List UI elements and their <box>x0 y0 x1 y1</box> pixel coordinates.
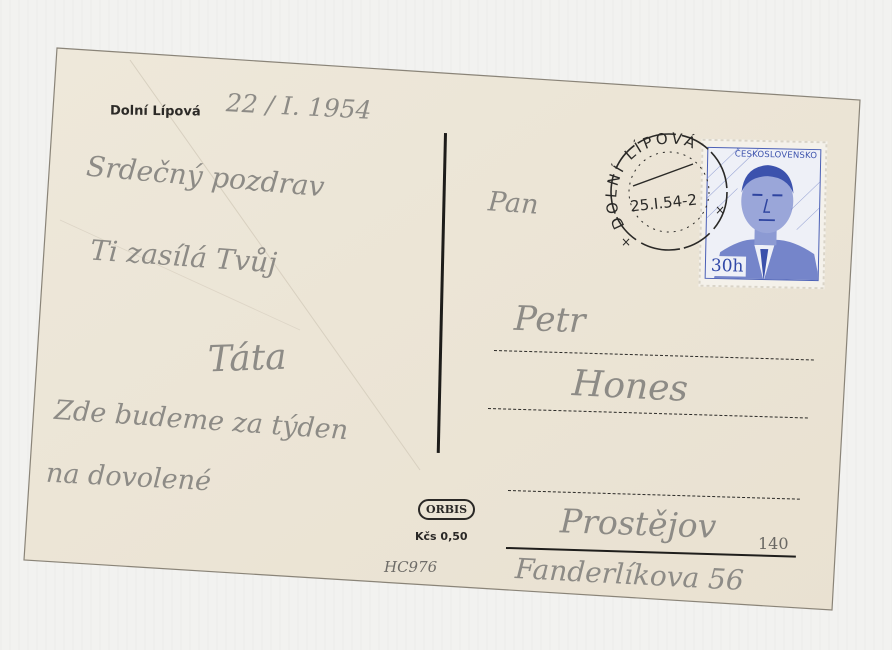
svg-text:×: × <box>621 235 631 249</box>
svg-text:×: × <box>715 203 725 217</box>
recipient-surname: Hones <box>571 363 689 410</box>
recipient-first-name: Petr <box>513 299 586 341</box>
place-heading: Dolní Lípová <box>110 104 201 120</box>
postmark-town: DOLNÍ LÍPOVÁ <box>602 130 701 232</box>
stamp-value: 30h <box>709 256 746 277</box>
postal-number: 140 <box>758 534 789 553</box>
publisher-logo: ORBIS <box>418 499 475 520</box>
recipient-city: Prostějov <box>559 501 717 545</box>
postmark-icon: DOLNÍ LÍPOVÁ × × <box>597 130 737 252</box>
message-signature: Táta <box>207 337 287 381</box>
svg-text:DOLNÍ LÍPOVÁ: DOLNÍ LÍPOVÁ <box>602 130 701 232</box>
salutation: Pan <box>487 186 539 220</box>
catalog-code: HC976 <box>384 558 437 576</box>
postcard: Dolní Lípová 22 / I. 1954 Srdečný pozdra… <box>0 0 892 650</box>
price-label: Kčs 0,50 <box>415 530 468 543</box>
